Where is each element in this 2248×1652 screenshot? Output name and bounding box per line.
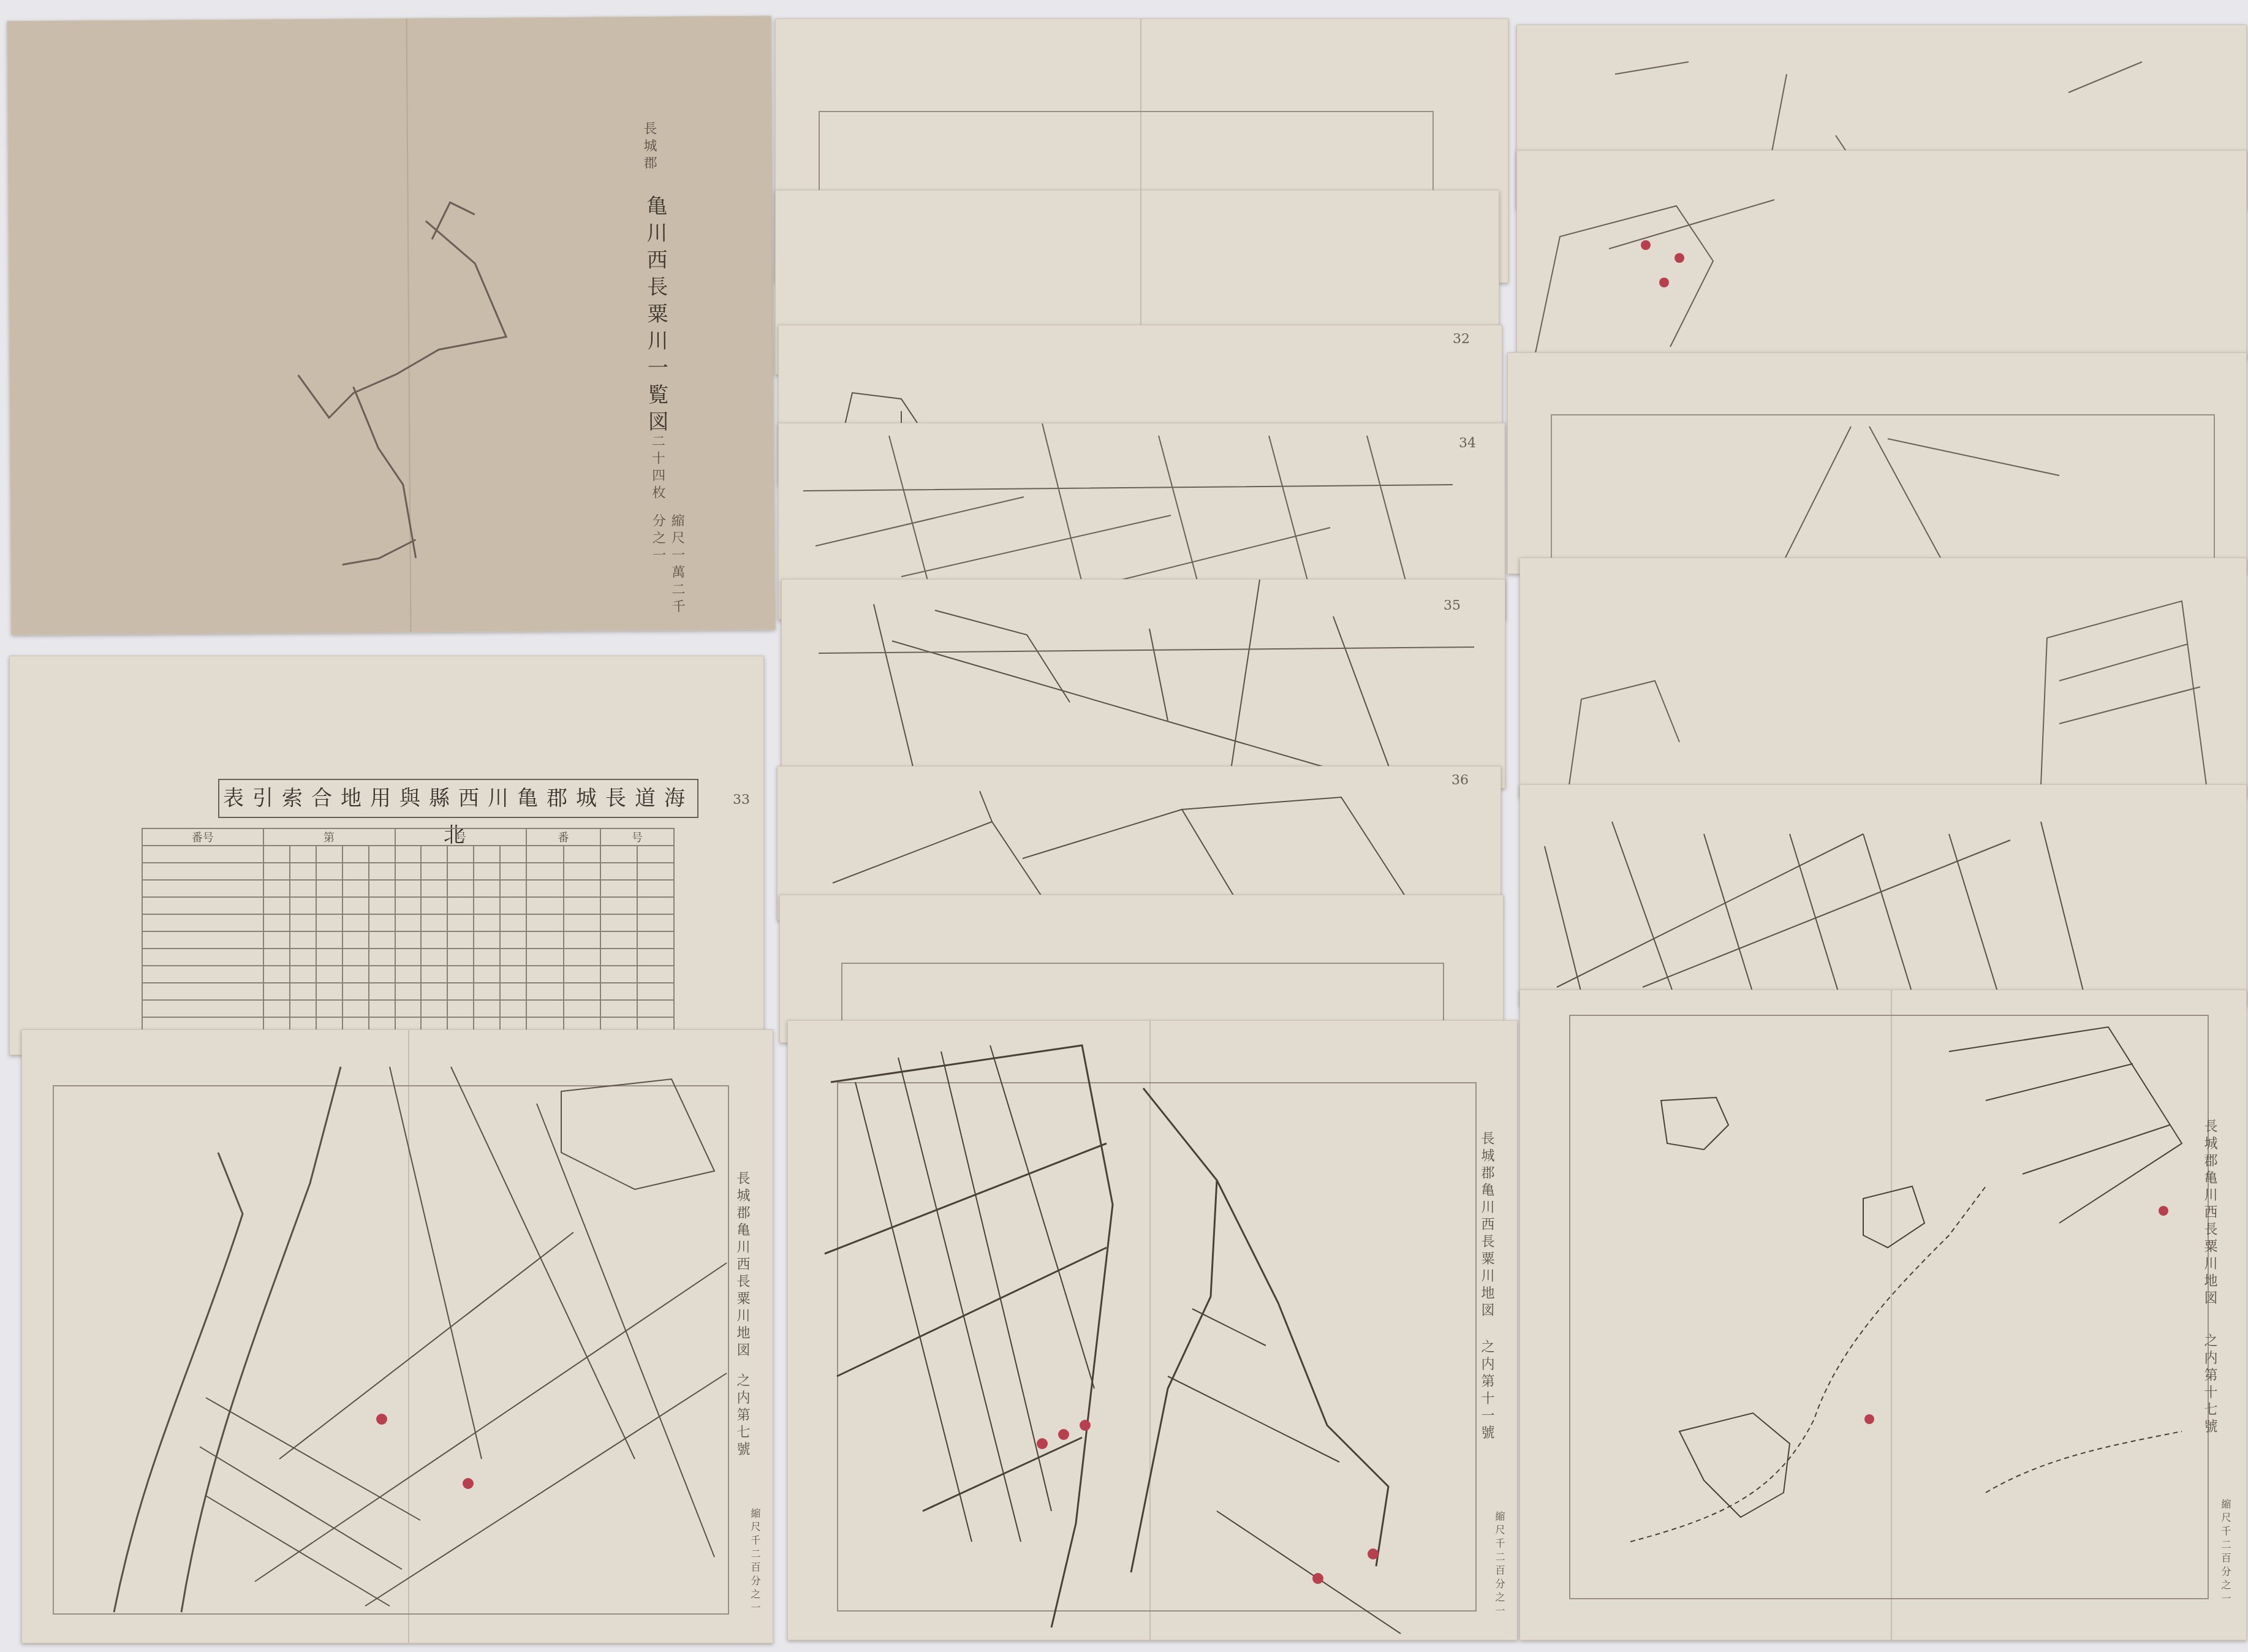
- cadastral-parcels: [788, 1021, 1517, 1640]
- table-header: 号: [600, 828, 674, 846]
- map-sheet-17: 長城郡亀川西長粟川地図 之内第十七號 縮尺千二百分之一: [1519, 990, 2247, 1640]
- table-header: 番: [526, 828, 600, 846]
- map-sheet-strip: 35: [781, 579, 1505, 789]
- cover-subtitle: 二十四枚: [648, 434, 667, 502]
- cadastral-parcels: [22, 1030, 773, 1643]
- sheet-margin-label: 長城郡亀川西長粟川地図: [1477, 1131, 1496, 1320]
- cadastral-parcels: [1508, 353, 2246, 574]
- cover-corner-label: 長城郡: [640, 121, 659, 173]
- map-sheet-11: 長城郡亀川西長粟川地図 之内第十一號 縮尺千二百分之一: [787, 1020, 1518, 1640]
- cadastral-parcels: [782, 580, 1505, 788]
- index-table: 番号 第 号 番 号: [142, 828, 675, 1052]
- sheet-number: 之内第十七號: [2200, 1333, 2219, 1436]
- cadastral-parcels: [1520, 990, 2246, 1640]
- table-header: 番号: [142, 828, 263, 846]
- sheet-margin-label: 長城郡亀川西長粟川地図: [2200, 1119, 2219, 1308]
- cadastral-parcels: [1520, 785, 2246, 1006]
- page-number: 36: [1451, 773, 1469, 788]
- cadastral-parcels: [1520, 558, 2246, 797]
- sheet-number: 之内第十一號: [1477, 1339, 1496, 1442]
- map-sheet-strip: [1507, 352, 2247, 574]
- map-sheet-strip: [1516, 150, 2247, 360]
- cadastral-parcels: [1517, 151, 2246, 359]
- map-sheet-strip: [1519, 558, 2247, 798]
- page-number: 34: [1459, 436, 1476, 451]
- page-number: 35: [1444, 598, 1461, 613]
- table-header: 号: [395, 828, 527, 846]
- sheet-number: 之内第七號: [733, 1373, 752, 1459]
- map-sheet-7: 長城郡亀川西長粟川地図 之内第七號 縮尺千二百分之一: [21, 1029, 773, 1643]
- sheet-scale: 縮尺千二百分之一: [1493, 1511, 1507, 1619]
- table-header: 第: [263, 828, 395, 846]
- sheet-scale: 縮尺千二百分之一: [2219, 1499, 2233, 1607]
- page-number: 33: [733, 792, 750, 808]
- table-title: 表引索合地用與縣西川亀郡城長道海北: [218, 779, 698, 818]
- cover-scale-note: 縮尺一萬二千分之一: [648, 513, 687, 630]
- cover-title: 亀川西長粟川一覧図: [640, 195, 672, 438]
- map-sheet-strip: [1519, 784, 2247, 1006]
- cover-sheet: 長城郡 亀川西長粟川一覧図 二十四枚 縮尺一萬二千分之一: [7, 16, 776, 635]
- sheet-margin-label: 長城郡亀川西長粟川地図: [733, 1171, 752, 1360]
- sheet-scale: 縮尺千二百分之一: [748, 1508, 762, 1616]
- index-table-sheet: 表引索合地用與縣西川亀郡城長道海北 33 番号 第 号 番 号: [9, 656, 764, 1055]
